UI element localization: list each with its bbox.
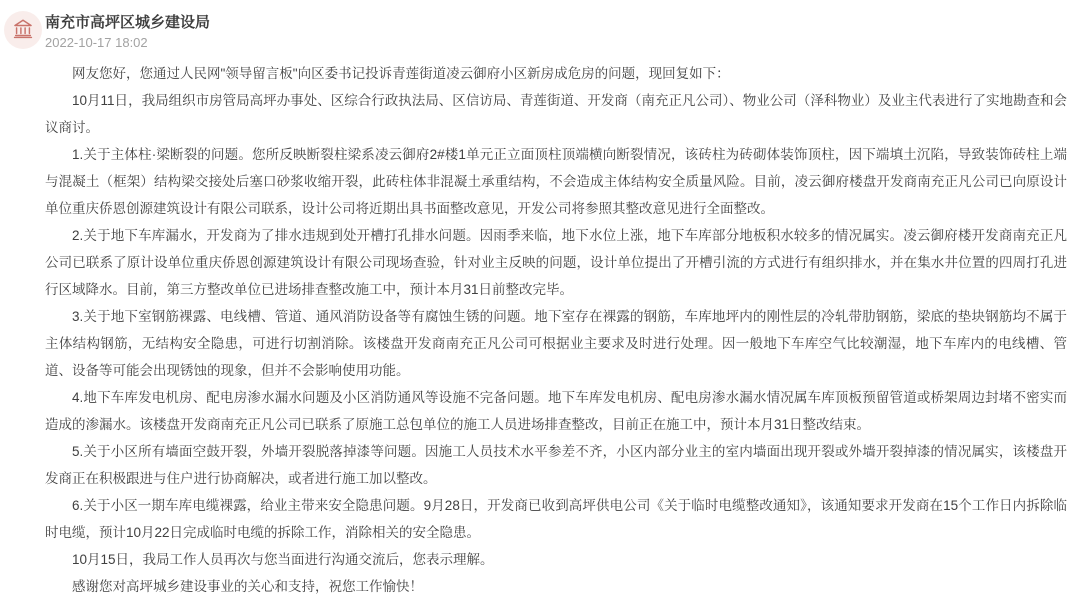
reply-paragraph-greeting: 网友您好，您通过人民网"领导留言板"向区委书记投诉青莲街道凌云御府小区新房成危房… [45, 60, 1067, 87]
post-timestamp: 2022-10-17 18:02 [45, 34, 210, 52]
government-reply-post: 南充市高坪区城乡建设局 2022-10-17 18:02 网友您好，您通过人民网… [0, 0, 1080, 597]
reply-paragraph-item-4: 4.地下车库发电机房、配电房渗水漏水问题及小区消防通风等设施不完备问题。地下车库… [45, 384, 1067, 438]
reply-paragraph-item-3: 3.关于地下室钢筋裸露、电线槽、管道、通风消防设备等有腐蚀生锈的问题。地下室存在… [45, 303, 1067, 384]
reply-paragraph-item-5: 5.关于小区所有墙面空鼓开裂，外墙开裂脱落掉漆等问题。因施工人员技术水平参差不齐… [45, 438, 1067, 492]
reply-paragraph-communication: 10月15日，我局工作人员再次与您当面进行沟通交流后，您表示理解。 [45, 546, 1067, 573]
avatar [4, 11, 42, 49]
post-header: 南充市高坪区城乡建设局 2022-10-17 18:02 [4, 11, 210, 52]
reply-body: 网友您好，您通过人民网"领导留言板"向区委书记投诉青莲街道凌云御府小区新房成危房… [45, 60, 1067, 597]
reply-paragraph-inspection: 10月11日，我局组织市房管局高坪办事处、区综合行政执法局、区信访局、青莲街道、… [45, 87, 1067, 141]
reply-paragraph-item-6: 6.关于小区一期车库电缆裸露，给业主带来安全隐患问题。9月28日，开发商已收到高… [45, 492, 1067, 546]
reply-paragraph-item-2: 2.关于地下车库漏水，开发商为了排水违规到处开槽打孔排水问题。因雨季来临，地下水… [45, 222, 1067, 303]
reply-paragraph-closing: 感谢您对高坪城乡建设事业的关心和支持，祝您工作愉快！ [45, 573, 1067, 597]
government-building-icon [12, 17, 34, 44]
header-meta: 南充市高坪区城乡建设局 2022-10-17 18:02 [45, 11, 210, 52]
reply-paragraph-item-1: 1.关于主体柱·梁断裂的问题。您所反映断裂柱梁系凌云御府2#楼1单元正立面顶柱顶… [45, 141, 1067, 222]
author-name: 南充市高坪区城乡建设局 [45, 13, 210, 33]
